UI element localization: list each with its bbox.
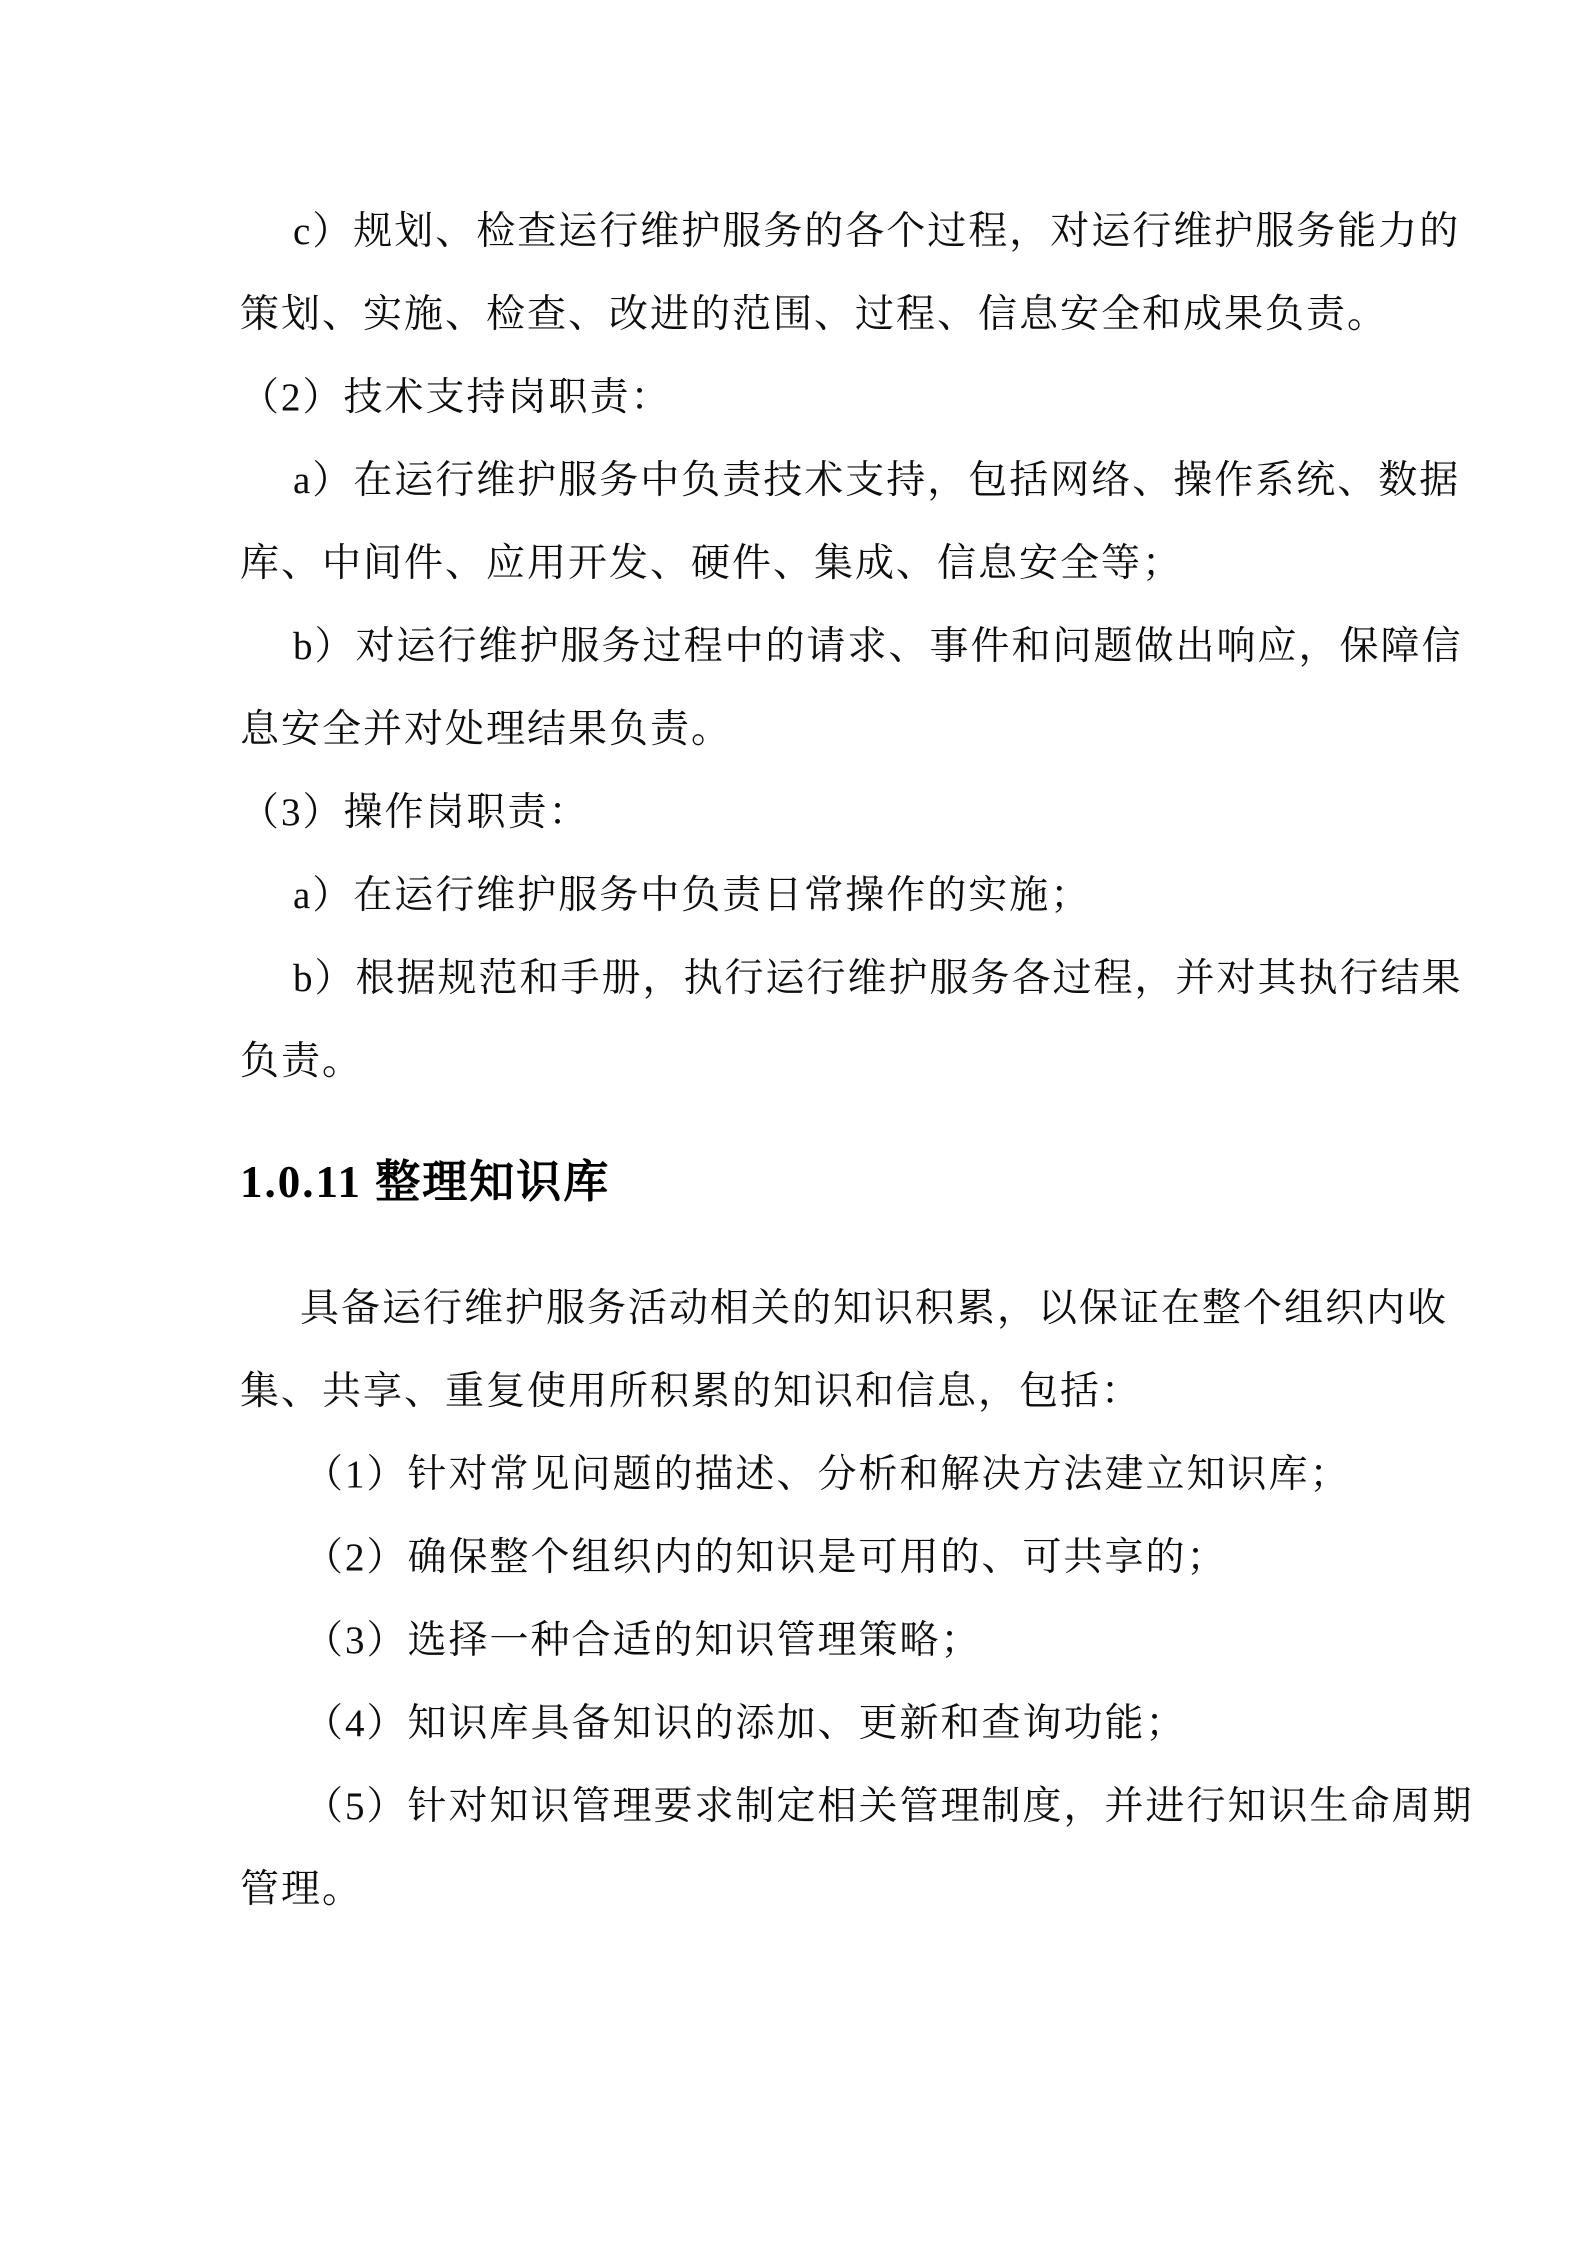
text-line: （1）针对常见问题的描述、分析和解决方法建立知识库； (240, 1433, 1390, 1516)
text-line: 集、共享、重复使用所积累的知识和信息，包括： (240, 1350, 1390, 1433)
text-line: （4）知识库具备知识的添加、更新和查询功能； (240, 1682, 1390, 1765)
text-line: （3）选择一种合适的知识管理策略； (240, 1599, 1390, 1682)
text-line: 库、中间件、应用开发、硬件、集成、信息安全等； (240, 522, 1390, 605)
text-line: （2）技术支持岗职责： (240, 356, 1390, 439)
text-line: 管理。 (240, 1848, 1390, 1931)
text-line: 负责。 (240, 1020, 1390, 1103)
text-line: 息安全并对处理结果负责。 (240, 688, 1390, 771)
text-line: c）规划、检查运行维护服务的各个过程，对运行维护服务能力的 (240, 190, 1390, 273)
text-line: （2）确保整个组织内的知识是可用的、可共享的； (240, 1516, 1390, 1599)
document-text-block: c）规划、检查运行维护服务的各个过程，对运行维护服务能力的 策划、实施、检查、改… (240, 190, 1390, 1931)
text-line: （5）针对知识管理要求制定相关管理制度，并进行知识生命周期 (240, 1765, 1390, 1848)
text-line: a）在运行维护服务中负责日常操作的实施； (240, 854, 1390, 937)
text-line: a）在运行维护服务中负责技术支持，包括网络、操作系统、数据 (240, 439, 1390, 522)
document-page: c）规划、检查运行维护服务的各个过程，对运行维护服务能力的 策划、实施、检查、改… (0, 0, 1587, 2245)
text-line: 具备运行维护服务活动相关的知识积累，以保证在整个组织内收 (240, 1267, 1390, 1350)
text-line: （3）操作岗职责： (240, 771, 1390, 854)
text-line: 策划、实施、检查、改进的范围、过程、信息安全和成果负责。 (240, 273, 1390, 356)
text-line: b）根据规范和手册，执行运行维护服务各过程，并对其执行结果 (240, 937, 1390, 1020)
section-heading: 1.0.11 整理知识库 (240, 1151, 1390, 1213)
text-line: b）对运行维护服务过程中的请求、事件和问题做出响应，保障信 (240, 605, 1390, 688)
